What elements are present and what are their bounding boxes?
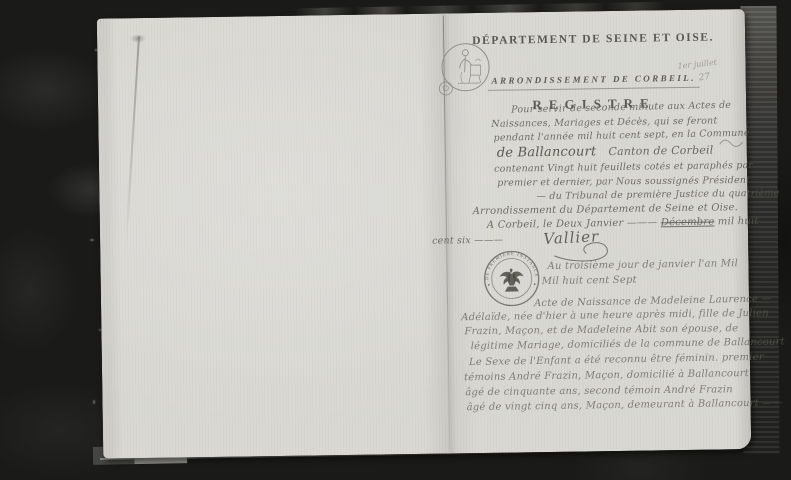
eagle-icon (500, 268, 524, 291)
marginal-note-number: 27 (698, 72, 711, 84)
preamble-line: contenant Vingt huit feuillets cotés et … (494, 160, 753, 175)
preamble-line: cent six ——— (432, 235, 503, 247)
act-line: témoins André Frazin, Maçon, domicilié à… (464, 368, 749, 383)
commune-line: de Ballancourt Canton de Corbeil (497, 143, 714, 161)
preamble-line: Naissances, Mariages et Décès, qui se fe… (491, 115, 717, 129)
act-line: Frazin, Maçon, et de Madeleine Abit son … (464, 323, 738, 337)
register-page: DÉPARTEMENT DE SEINE ET OISE. ARRONDISSE… (97, 9, 751, 459)
page-crease (125, 36, 140, 248)
act-line: Mil huit cent Sept (542, 275, 637, 287)
header-arrondissement: ARRONDISSEMENT DE CORBEIL. (488, 73, 700, 91)
date-line: A Corbeil, le Deux Janvier ——— Décembre … (487, 216, 759, 231)
header-department: DÉPARTEMENT DE SEINE ET OISE. (443, 31, 743, 47)
struck-word: Décembre (661, 217, 715, 229)
photo-background: DÉPARTEMENT DE SEINE ET OISE. ARRONDISSE… (0, 0, 791, 480)
preamble-line: pendant l'année mil huit cent sept, en l… (494, 128, 750, 144)
date-line-suffix: mil huit (718, 216, 759, 228)
act-line: âgé de cinquante ans, second témoin Andr… (465, 384, 733, 398)
margin-squiggle-icon (719, 137, 745, 149)
act-line: Le Sexe de l'Enfant a été reconnu être f… (469, 352, 764, 368)
preamble-line: premier et dernier, par Nous soussignés … (497, 175, 750, 189)
commune-name: de Ballancourt (497, 144, 597, 160)
preamble-line: Arrondissement du Département de Seine e… (473, 202, 738, 217)
act-line: Au troisième jour de janvier l'an Mil (547, 258, 738, 272)
canton-name: Canton de Corbeil (608, 144, 713, 159)
